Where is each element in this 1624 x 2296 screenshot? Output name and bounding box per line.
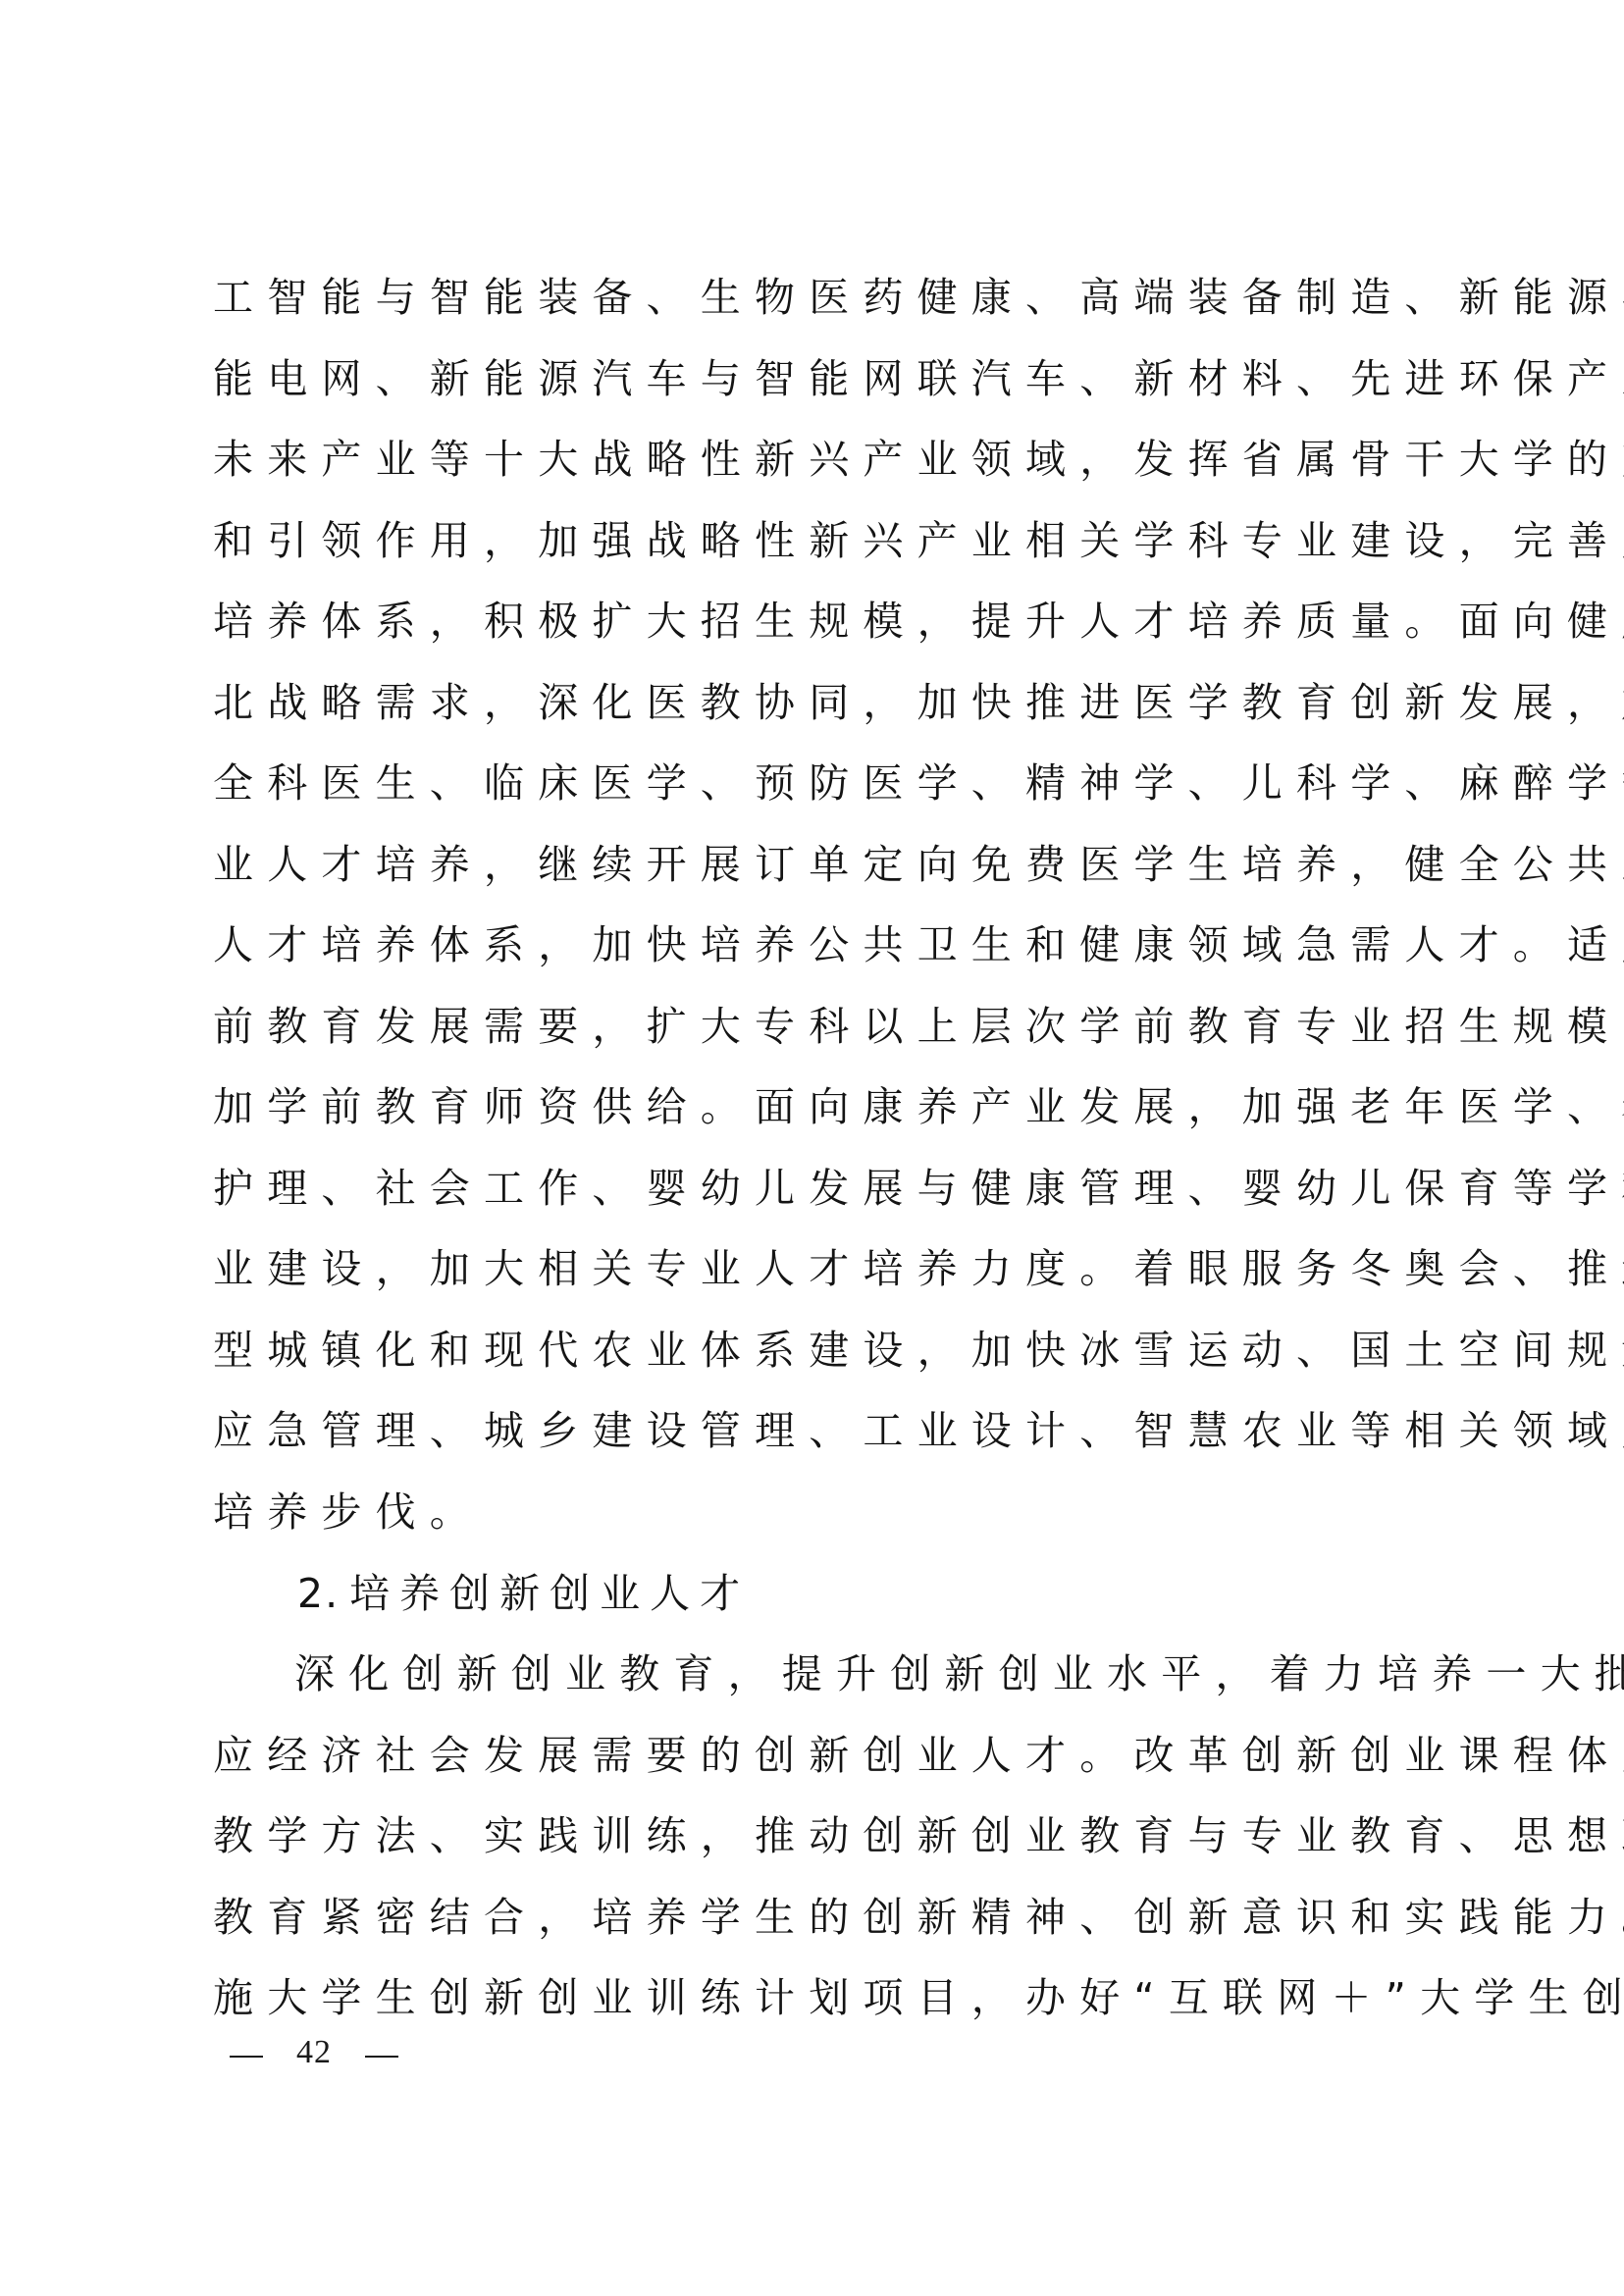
text-line: 培养步伐。 — [213, 1488, 484, 1536]
text-line: 未来产业等十大战略性新兴产业领域，发挥省属骨干大学的支撑 — [213, 436, 1624, 483]
text-line: 能电网、新能源汽车与智能网联汽车、新材料、先进环保产业、 — [213, 355, 1624, 402]
text-line: 业建设，加大相关专业人才培养力度。着眼服务冬奥会、推进新 — [213, 1245, 1624, 1292]
text-line: 加学前教育师资供给。面向康养产业发展，加强老年医学、老年 — [213, 1083, 1624, 1130]
text-line: 北战略需求，深化医教协同，加快推进医学教育创新发展，加强 — [213, 679, 1624, 726]
section-number: 2. — [297, 1570, 340, 1617]
text-line: 型城镇化和现代农业体系建设，加快冰雪运动、国土空间规划、 — [213, 1327, 1624, 1374]
text-line: 人才培养体系，加快培养公共卫生和健康领域急需人才。适应学 — [213, 921, 1624, 968]
text-line: 应经济社会发展需要的创新创业人才。改革创新创业课程体系、 — [213, 1732, 1624, 1779]
footer-dash-left — [230, 2056, 263, 2058]
text-line: 工智能与智能装备、生物医药健康、高端装备制造、新能源与智 — [213, 274, 1624, 321]
text-line: 深化创新创业教育，提升创新创业水平，着力培养一大批适 — [294, 1650, 1624, 1697]
document-page: 工智能与智能装备、生物医药健康、高端装备制造、新能源与智 能电网、新能源汽车与智… — [0, 0, 1624, 2296]
text-line: 培养体系，积极扩大招生规模，提升人才培养质量。面向健康河 — [213, 598, 1624, 645]
text-line: 教学方法、实践训练，推动创新创业教育与专业教育、思想政治 — [213, 1812, 1624, 1859]
page-footer: 42 — [230, 2033, 398, 2072]
page-number: 42 — [296, 2033, 332, 2072]
text-line: 教育紧密结合，培养学生的创新精神、创新意识和实践能力。实 — [213, 1894, 1624, 1941]
text-line: 前教育发展需要，扩大专科以上层次学前教育专业招生规模，增 — [213, 1003, 1624, 1050]
footer-dash-right — [365, 2056, 398, 2058]
text-line: 和引领作用，加强战略性新兴产业相关学科专业建设，完善人才 — [213, 517, 1624, 564]
text-line: 全科医生、临床医学、预防医学、精神学、儿科学、麻醉学等专 — [213, 759, 1624, 807]
text-line: 业人才培养，继续开展订单定向免费医学生培养，健全公共卫生 — [213, 841, 1624, 888]
text-line: 护理、社会工作、婴幼儿发展与健康管理、婴幼儿保育等学科专 — [213, 1165, 1624, 1212]
section-heading: 2.培养创新创业人才 — [297, 1570, 750, 1617]
text-line: 应急管理、城乡建设管理、工业设计、智慧农业等相关领域人才 — [213, 1407, 1624, 1454]
section-title: 培养创新创业人才 — [349, 1570, 750, 1617]
text-line: 施大学生创新创业训练计划项目，办好“互联网＋”大学生创新 — [213, 1974, 1624, 2021]
